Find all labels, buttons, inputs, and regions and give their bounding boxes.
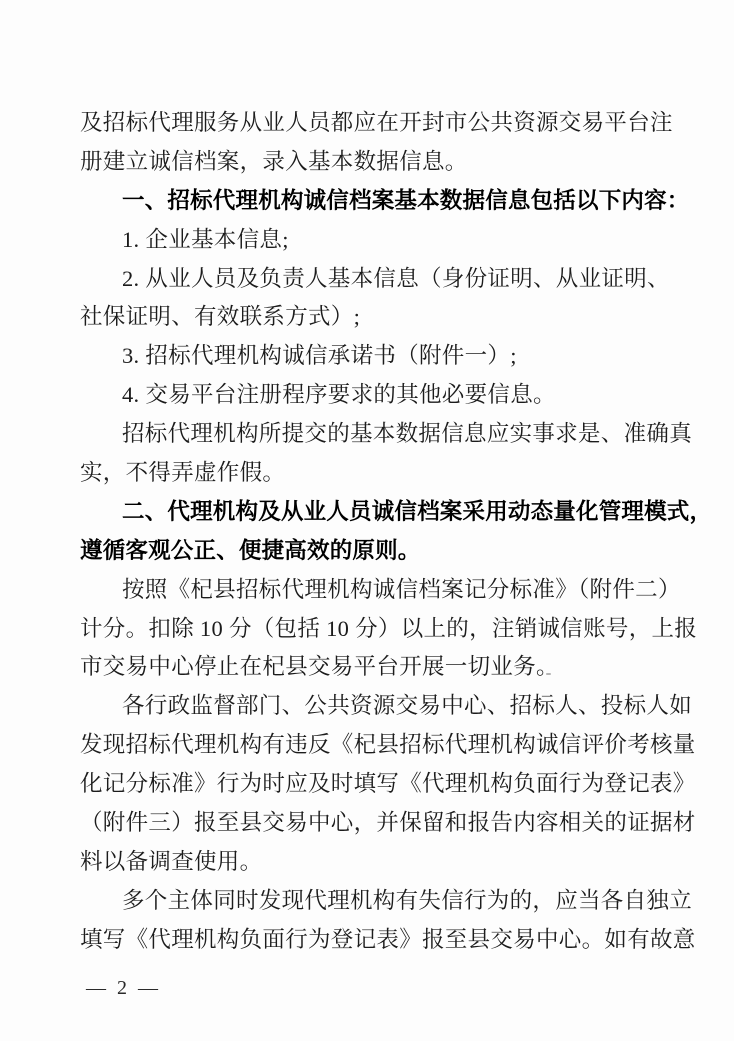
body-line: 发现招标代理机构有违反《杞县招标代理机构诚信评价考核量 [80,726,670,765]
body-line: 册建立诚信档案，录入基本数据信息。 [80,143,670,182]
body-line: 实，不得弄虚作假。 [80,454,670,493]
body-line: 3. 招标代理机构诚信承诺书（附件一）; [80,337,670,376]
document-page: 及招标代理服务从业人员都应在开封市公共资源交易平台注册建立诚信档案，录入基本数据… [0,0,734,1041]
body-line: 一、招标代理机构诚信档案基本数据信息包括以下内容： [80,182,670,221]
body-line: 各行政监督部门、公共资源交易中心、招标人、投标人如 [80,687,670,726]
body-line: 二、代理机构及从业人员诚信档案采用动态量化管理模式， [80,493,670,532]
body-line: 招标代理机构所提交的基本数据信息应实事求是、准确真 [80,415,670,454]
scan-artifact [546,673,551,675]
body-line: 多个主体同时发现代理机构有失信行为的，应当各自独立 [80,882,670,921]
body-line: 及招标代理服务从业人员都应在开封市公共资源交易平台注 [80,104,670,143]
body-line: 化记分标准》行为时应及时填写《代理机构负面行为登记表》 [80,765,670,804]
body-line: 市交易中心停止在杞县交易平台开展一切业务。 [80,648,670,687]
body-line: 社保证明、有效联系方式）; [80,298,670,337]
page-number: — 2 — [86,976,161,1000]
document-body: 及招标代理服务从业人员都应在开封市公共资源交易平台注册建立诚信档案，录入基本数据… [80,104,670,960]
body-line: （附件三）报至县交易中心，并保留和报告内容相关的证据材 [80,804,670,843]
body-line: 按照《杞县招标代理机构诚信档案记分标准》（附件二） [80,571,670,610]
body-line: 料以备调查使用。 [80,843,670,882]
body-line: 2. 从业人员及负责人基本信息（身份证明、从业证明、 [80,260,670,299]
body-line: 4. 交易平台注册程序要求的其他必要信息。 [80,376,670,415]
body-line: 1. 企业基本信息; [80,221,670,260]
body-line: 填写《代理机构负面行为登记表》报至县交易中心。如有故意 [80,921,670,960]
body-line: 计分。扣除 10 分（包括 10 分）以上的，注销诚信账号，上报 [80,610,670,649]
body-line: 遵循客观公正、便捷高效的原则。 [80,532,670,571]
